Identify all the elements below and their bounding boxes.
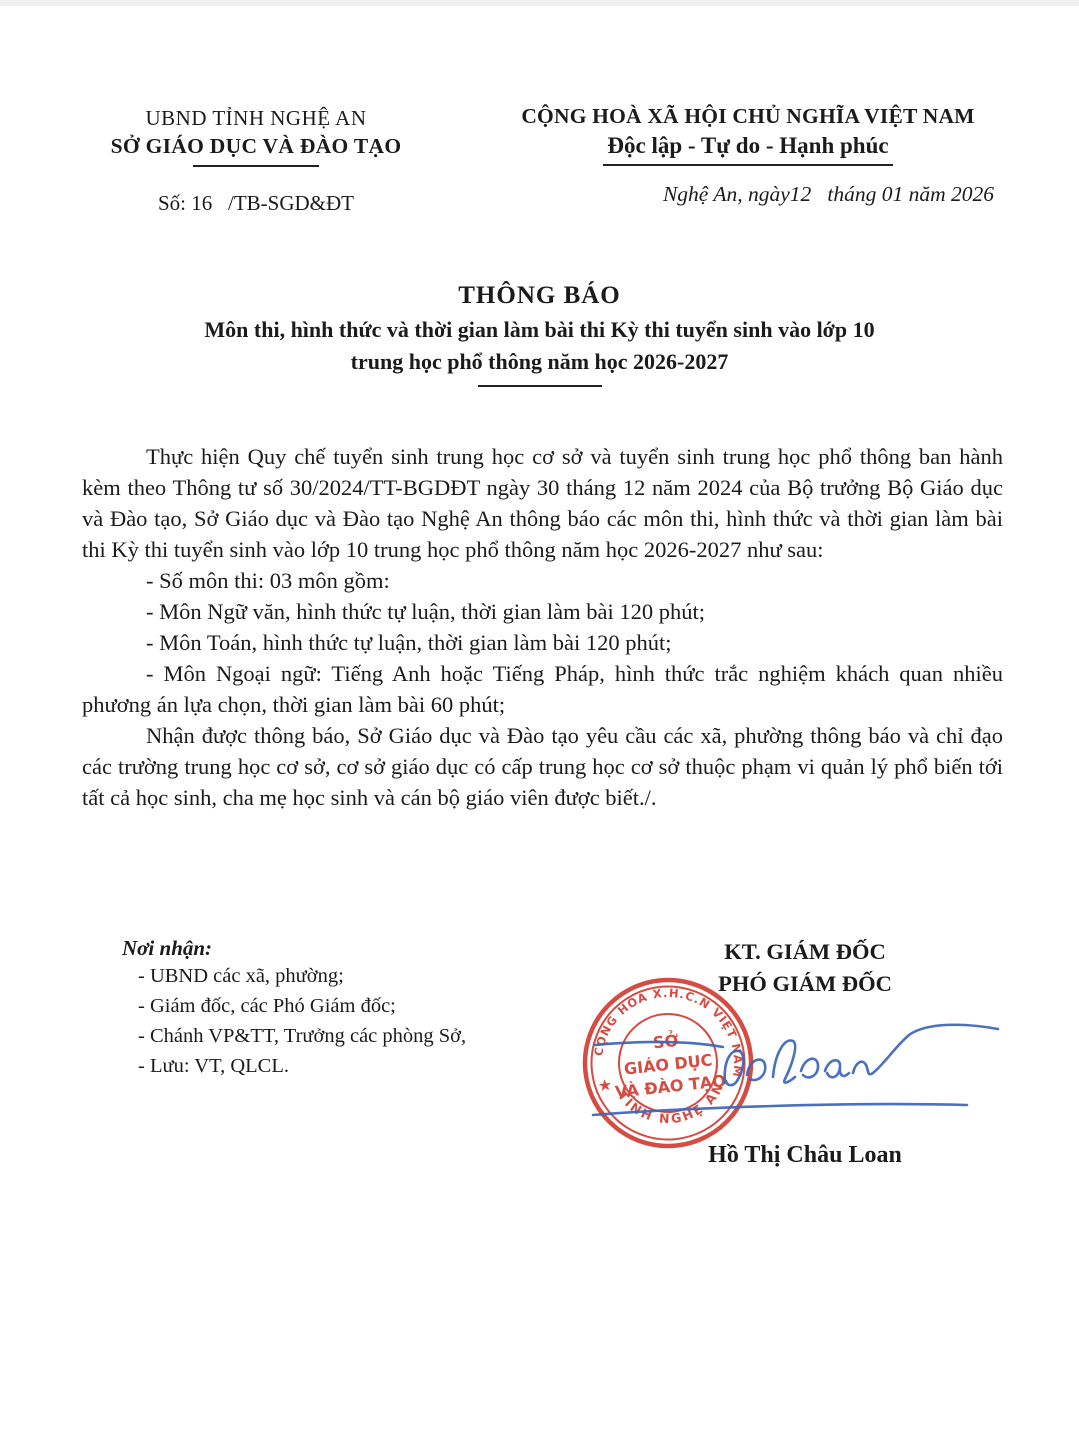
recipients-label: Nơi nhận: — [122, 936, 552, 961]
document-page: UBND TỈNH NGHỆ AN SỞ GIÁO DỤC VÀ ĐÀO TẠO… — [0, 0, 1079, 1450]
title-underline — [478, 385, 602, 387]
paragraph-instruction: Nhận được thông báo, Sở Giáo dục và Đào … — [82, 720, 1003, 813]
motto-underline — [603, 164, 893, 166]
list-item-math: - Môn Toán, hình thức tự luận, thời gian… — [82, 627, 1003, 658]
national-motto-block: CỘNG HOÀ XÃ HỘI CHỦ NGHĨA VIỆT NAM Độc l… — [486, 104, 1010, 207]
document-title-line1: Môn thi, hình thức và thời gian làm bài … — [0, 315, 1079, 345]
signer-title-line1: KT. GIÁM ĐỐC — [600, 936, 1010, 968]
recipient-item: - Giám đốc, các Phó Giám đốc; — [122, 991, 552, 1021]
list-item-literature: - Môn Ngữ văn, hình thức tự luận, thời g… — [82, 596, 1003, 627]
paragraph-intro: Thực hiện Quy chế tuyển sinh trung học c… — [82, 441, 1003, 565]
list-item-subject-count: - Số môn thi: 03 môn gồm: — [82, 565, 1003, 596]
document-title-line2: trung học phổ thông năm học 2026-2027 — [0, 347, 1079, 377]
signature-loop — [747, 1060, 765, 1081]
signature-graphic — [555, 1003, 1015, 1133]
recipients-block: Nơi nhận: - UBND các xã, phường; - Giám … — [122, 936, 552, 1081]
title-block: THÔNG BÁO Môn thi, hình thức và thời gia… — [0, 282, 1079, 387]
signature-loop — [801, 1059, 818, 1078]
signer-name: Hồ Thị Châu Loan — [600, 1142, 1010, 1169]
body-text: Thực hiện Quy chế tuyển sinh trung học c… — [82, 441, 1003, 813]
list-item-foreign-language: - Môn Ngoại ngữ: Tiếng Anh hoặc Tiếng Ph… — [82, 658, 1003, 720]
document-number: Số: 16 /TB-SGD&ĐT — [80, 191, 432, 216]
scan-edge — [0, 0, 1079, 6]
signature-cross-stroke — [595, 1042, 723, 1047]
signature-flourish — [853, 1025, 998, 1075]
recipient-item: - UBND các xã, phường; — [122, 961, 552, 991]
national-title: CỘNG HOÀ XÃ HỘI CHỦ NGHĨA VIỆT NAM — [486, 104, 1010, 129]
recipient-item: - Lưu: VT, QLCL. — [122, 1051, 552, 1081]
agency-underline — [193, 165, 319, 167]
national-motto: Độc lập - Tự do - Hạnh phúc — [486, 133, 1010, 159]
signature-underline — [593, 1104, 967, 1115]
date-line: Nghệ An, ngày12 tháng 01 năm 2026 — [486, 182, 1010, 207]
agency-name: SỞ GIÁO DỤC VÀ ĐÀO TẠO — [80, 134, 432, 159]
signature-loop — [773, 1040, 795, 1082]
signature-loop — [825, 1060, 849, 1077]
issuing-agency-block: UBND TỈNH NGHỆ AN SỞ GIÁO DỤC VÀ ĐÀO TẠO… — [80, 106, 432, 216]
agency-parent-name: UBND TỈNH NGHỆ AN — [80, 106, 432, 131]
document-type: THÔNG BÁO — [0, 282, 1079, 310]
signature-loop — [725, 1051, 744, 1085]
recipient-item: - Chánh VP&TT, Trưởng các phòng Sở, — [122, 1021, 552, 1051]
